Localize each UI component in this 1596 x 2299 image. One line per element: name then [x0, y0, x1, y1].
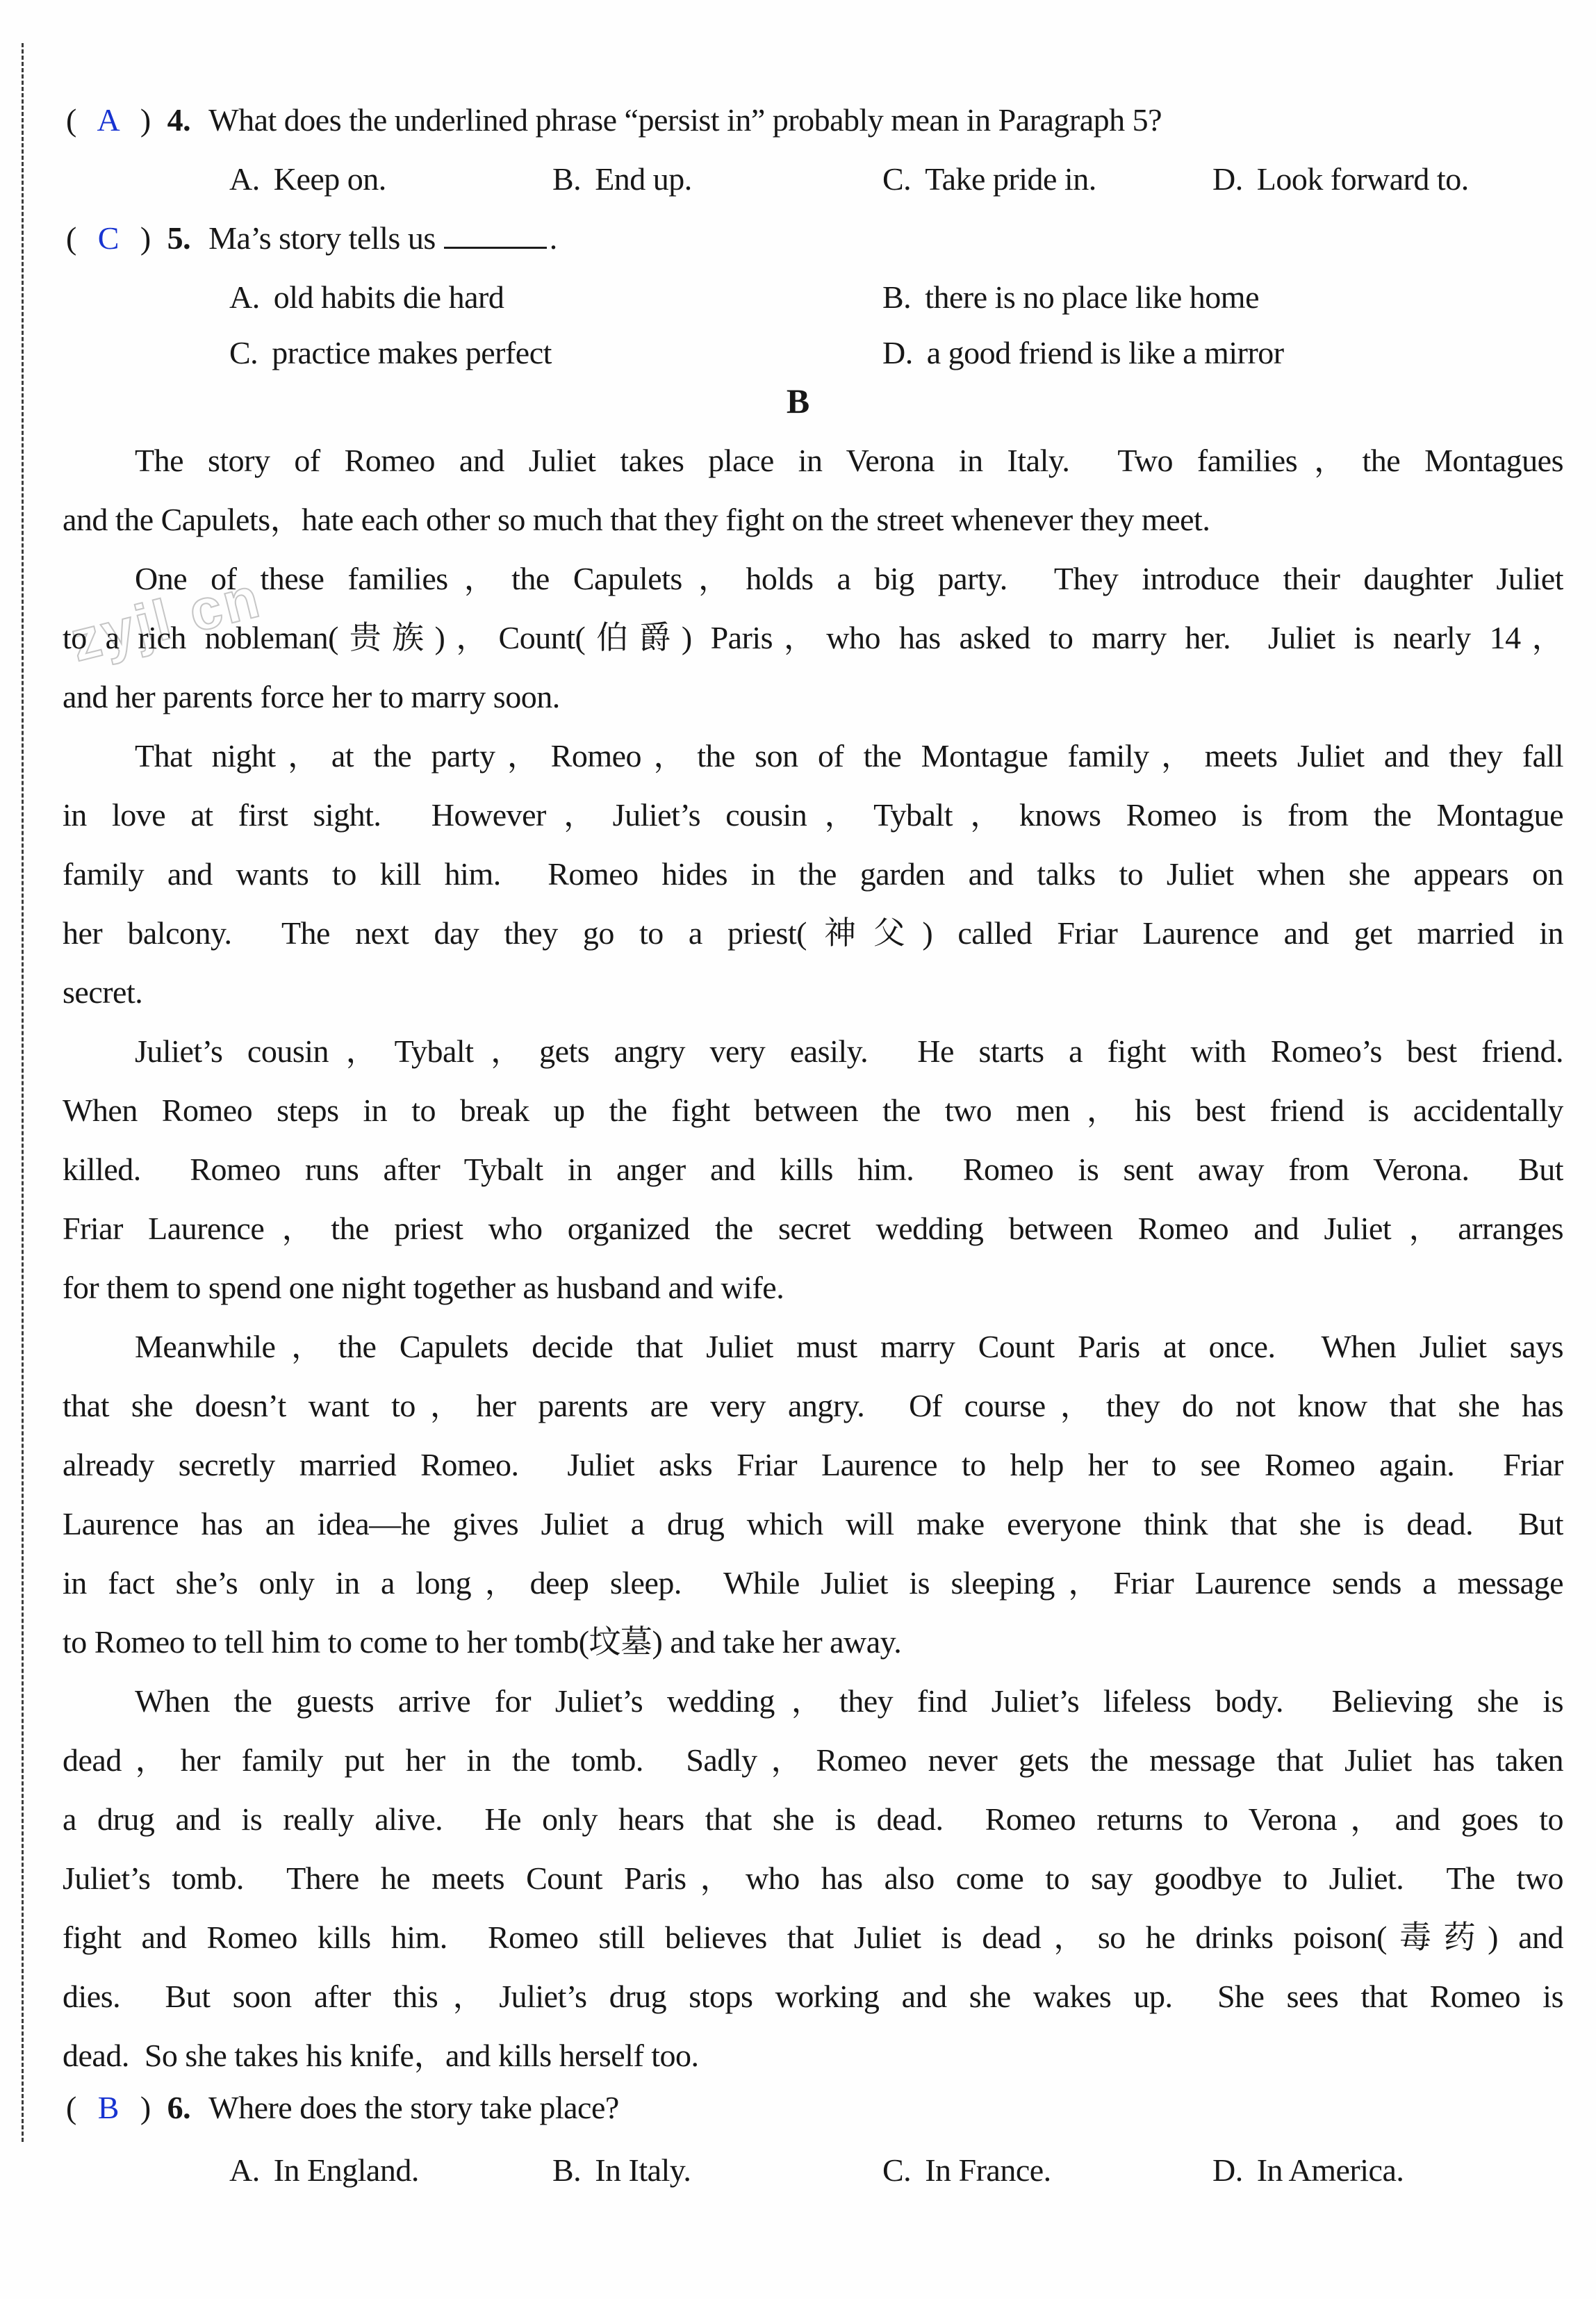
answer-paren-close: ): [140, 90, 151, 149]
question-5-options-row-1: A.old habits die hardB.there is no place…: [0, 268, 1596, 327]
option-text: Take pride in.: [925, 161, 1096, 197]
option-label: B.: [552, 2152, 581, 2188]
option-label: A.: [229, 279, 260, 315]
fill-in-blank-underline: [444, 238, 547, 249]
question-5-prompt-suffix: .: [550, 220, 557, 256]
passage-paragraph-2-line-3: and her parents force her to marry soon.: [63, 667, 1563, 726]
passage-paragraph-6-line-3: a drug and is really alive. He only hear…: [63, 1790, 1563, 1849]
passage-paragraph-6-line-1: When the guests arrive for Juliet’s wedd…: [63, 1671, 1563, 1731]
question-5-option-A: A.old habits die hard: [229, 268, 504, 327]
passage-paragraph-1-line-1: The story of Romeo and Juliet takes plac…: [63, 431, 1563, 490]
question-5-line: (C)5.Ma’s story tells us.: [66, 208, 557, 268]
option-label: D.: [882, 335, 913, 370]
passage-paragraph-6-line-7: dead. So she takes his knife，and kills h…: [63, 2026, 1563, 2085]
passage-paragraph-6-line-6: dies. But soon after this，Juliet’s drug …: [63, 1967, 1563, 2026]
option-text: In France.: [925, 2152, 1051, 2188]
option-label: C.: [882, 2152, 911, 2188]
question-4-answer: A: [76, 90, 140, 149]
answer-paren-open: (: [66, 2078, 76, 2137]
answer-paren-close: ): [140, 2078, 151, 2137]
option-text: practice makes perfect: [272, 335, 552, 370]
passage-paragraph-5-line-6: to Romeo to tell him to come to her tomb…: [63, 1612, 1563, 1671]
reading-passage: The story of Romeo and Juliet takes plac…: [63, 431, 1563, 2085]
question-4-prompt: What does the underlined phrase “persist…: [208, 102, 1162, 138]
passage-paragraph-5-line-5: in fact she’s only in a long，deep sleep.…: [63, 1553, 1563, 1612]
question-4-line: (A)4.What does the underlined phrase “pe…: [66, 90, 1162, 149]
passage-paragraph-1-line-2: and the Capulets，hate each other so much…: [63, 490, 1563, 549]
passage-paragraph-4-line-4: Friar Laurence，the priest who organized …: [63, 1199, 1563, 1258]
passage-paragraph-5-line-4: Laurence has an idea—he gives Juliet a d…: [63, 1494, 1563, 1553]
passage-paragraph-3-line-3: family and wants to kill him. Romeo hide…: [63, 844, 1563, 903]
passage-paragraph-4-line-3: killed. Romeo runs after Tybalt in anger…: [63, 1140, 1563, 1199]
passage-paragraph-6-line-2: dead，her family put her in the tomb. Sad…: [63, 1731, 1563, 1790]
question-6-option-B: B.In Italy.: [552, 2141, 691, 2200]
passage-paragraph-6-line-5: fight and Romeo kills him. Romeo still b…: [63, 1908, 1563, 1967]
option-text: In Italy.: [595, 2152, 691, 2188]
question-6-option-C: C.In France.: [882, 2141, 1051, 2200]
option-text: old habits die hard: [274, 279, 504, 315]
passage-paragraph-4-line-1: Juliet’s cousin，Tybalt，gets angry very e…: [63, 1022, 1563, 1081]
question-4-option-D: D.Look forward to.: [1212, 149, 1469, 208]
option-label: B.: [882, 279, 911, 315]
question-4-option-B: B.End up.: [552, 149, 692, 208]
option-text: In America.: [1257, 2152, 1404, 2188]
passage-paragraph-4-line-2: When Romeo steps in to break up the figh…: [63, 1081, 1563, 1140]
question-6-prompt: Where does the story take place?: [208, 2090, 619, 2125]
question-5-number: 5.: [167, 220, 191, 256]
passage-paragraph-3-line-4: her balcony. The next day they go to a p…: [63, 903, 1563, 963]
question-5-option-B: B.there is no place like home: [882, 268, 1259, 327]
option-label: C.: [229, 335, 258, 370]
passage-paragraph-2-line-2: to a rich nobleman(贵族)，Count(伯爵) Paris，w…: [63, 608, 1563, 667]
option-label: B.: [552, 161, 581, 197]
option-label: A.: [229, 161, 260, 197]
question-5-answer: C: [76, 208, 140, 268]
question-6-option-A: A.In England.: [229, 2141, 419, 2200]
question-4-options: A.Keep on.B.End up.C.Take pride in.D.Loo…: [0, 149, 1596, 208]
answer-paren-open: (: [66, 208, 76, 268]
section-b-header: B: [0, 372, 1596, 431]
answer-paren-close: ): [140, 208, 151, 268]
option-text: there is no place like home: [925, 279, 1259, 315]
option-label: D.: [1212, 161, 1243, 197]
passage-paragraph-5-line-3: already secretly married Romeo. Juliet a…: [63, 1435, 1563, 1494]
option-text: Keep on.: [274, 161, 386, 197]
question-4-number: 4.: [167, 102, 191, 138]
passage-paragraph-3-line-5: secret.: [63, 963, 1563, 1022]
question-5-prompt: Ma’s story tells us.: [208, 220, 557, 256]
option-label: A.: [229, 2152, 260, 2188]
question-4-option-A: A.Keep on.: [229, 149, 386, 208]
option-text: Look forward to.: [1257, 161, 1469, 197]
question-6-line: (B)6.Where does the story take place?: [66, 2078, 619, 2137]
passage-paragraph-2-line-1: One of these families，the Capulets，holds…: [63, 549, 1563, 608]
passage-paragraph-4-line-5: for them to spend one night together as …: [63, 1258, 1563, 1317]
passage-paragraph-5-line-2: that she doesn’t want to，her parents are…: [63, 1376, 1563, 1435]
option-label: D.: [1212, 2152, 1243, 2188]
passage-paragraph-5-line-1: Meanwhile，the Capulets decide that Julie…: [63, 1317, 1563, 1376]
passage-paragraph-6-line-4: Juliet’s tomb. There he meets Count Pari…: [63, 1849, 1563, 1908]
answer-paren-open: (: [66, 90, 76, 149]
exam-page: zyjl cn (A)4.What does the underlined ph…: [0, 0, 1596, 2299]
passage-paragraph-3-line-2: in love at first sight. However，Juliet’s…: [63, 785, 1563, 844]
question-6-option-D: D.In America.: [1212, 2141, 1404, 2200]
question-6-answer: B: [76, 2078, 140, 2137]
option-label: C.: [882, 161, 911, 197]
question-5-prompt-text: Ma’s story tells us: [208, 220, 436, 256]
option-text: End up.: [595, 161, 692, 197]
option-text: In England.: [274, 2152, 419, 2188]
option-text: a good friend is like a mirror: [927, 335, 1284, 370]
question-6-number: 6.: [167, 2090, 191, 2125]
passage-paragraph-3-line-1: That night，at the party，Romeo，the son of…: [63, 726, 1563, 785]
question-4-option-C: C.Take pride in.: [882, 149, 1096, 208]
question-6-options: A.In England.B.In Italy.C.In France.D.In…: [0, 2141, 1596, 2200]
